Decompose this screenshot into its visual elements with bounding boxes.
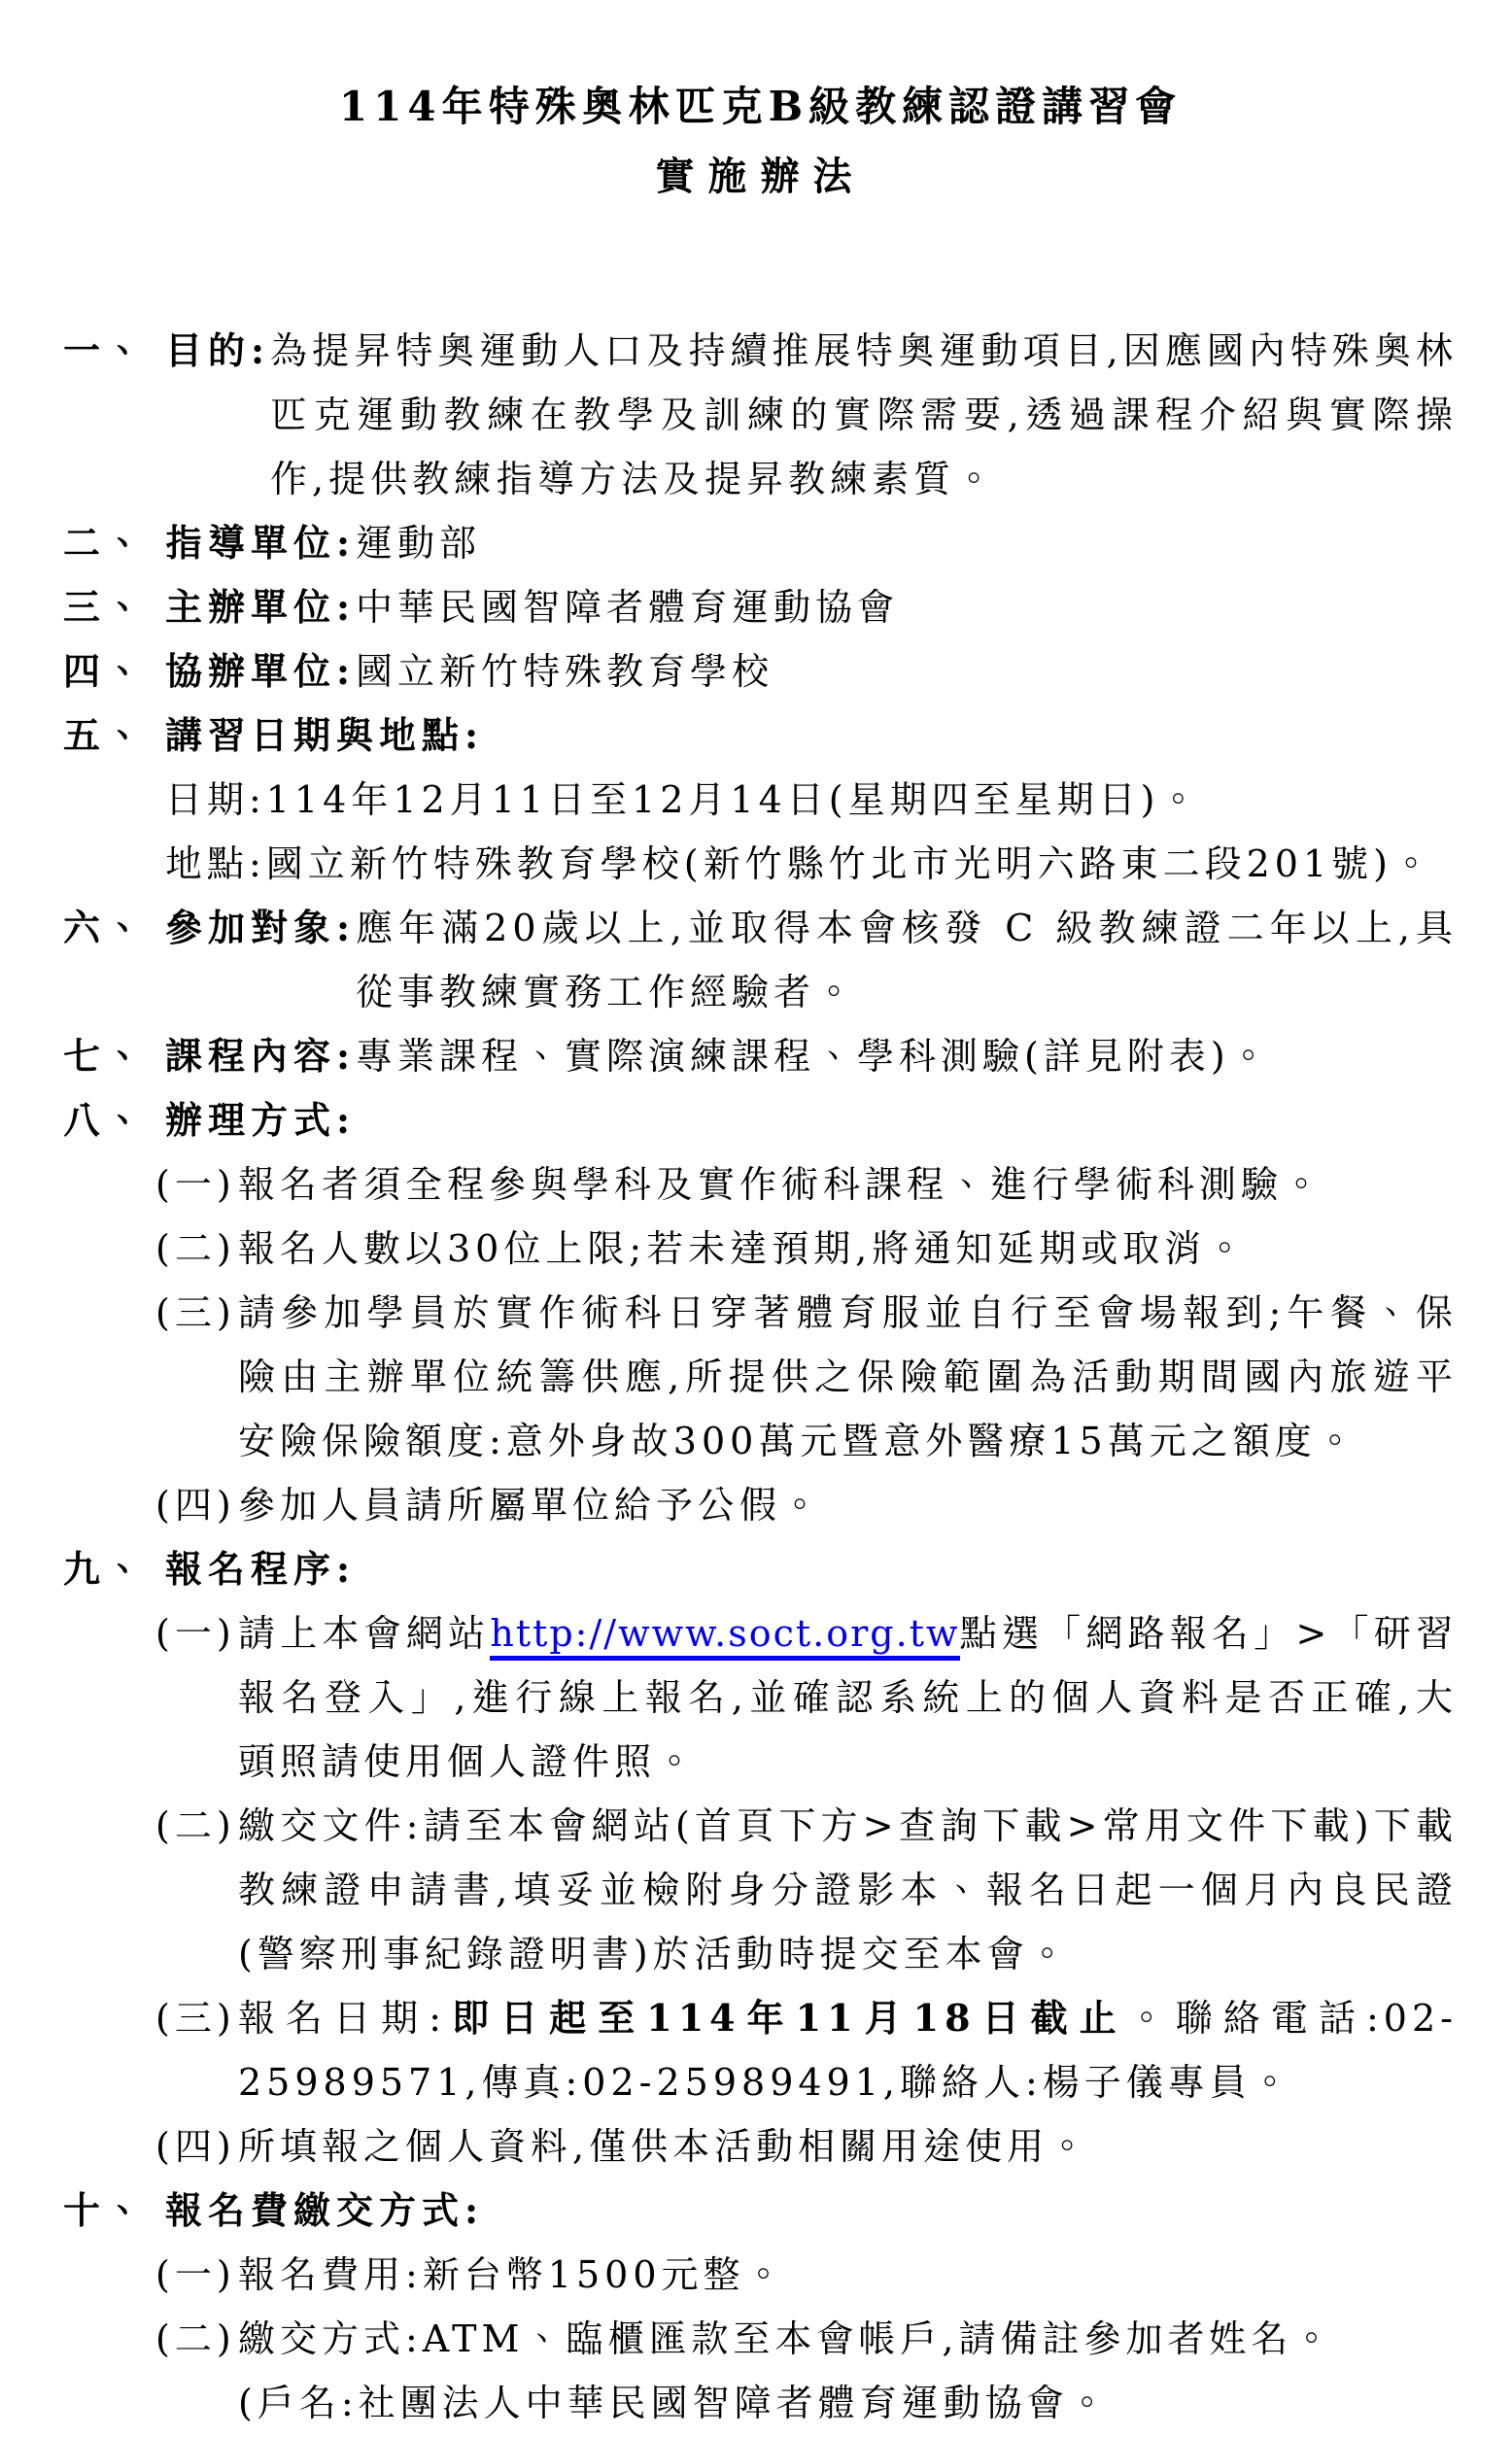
item-marker: (一) <box>155 2243 238 2307</box>
section-number: 十、 <box>63 2179 165 2243</box>
section-purpose: 一、 目的: 為提昇特奧運動人口及持續推展特奧運動項目,因應國內特殊奧林匹克運動… <box>63 319 1458 511</box>
item-text: 報名費用:新台幣1500元整。 <box>238 2243 1458 2307</box>
item-marker: (二) <box>155 1794 238 1858</box>
section-supervising-unit: 二、 指導單位: 運動部 <box>63 511 1458 575</box>
location-line: 地點:國立新竹特殊教育學校(新竹縣竹北市光明六路東二段201號)。 <box>165 832 1458 896</box>
section-number: 一、 <box>63 319 165 383</box>
list-item: (二) 繳交方式:ATM、臨櫃匯款至本會帳戶,請備註參加者姓名。 (戶名:社團法… <box>155 2307 1458 2437</box>
soct-website-link[interactable]: http://www.soct.org.tw <box>490 1612 959 1661</box>
item-text: 繳交方式:ATM、臨櫃匯款至本會帳戶,請備註參加者姓名。 (戶名:社團法人中華民… <box>238 2307 1458 2437</box>
section-text: 國立新竹特殊教育學校 <box>356 639 1458 704</box>
section-label: 協辦單位: <box>165 639 356 704</box>
section-co-organizer: 四、 協辦單位: 國立新竹特殊教育學校 <box>63 639 1458 704</box>
section-number: 三、 <box>63 575 165 639</box>
section-label: 講習日期與地點: <box>165 704 1458 768</box>
deadline-text: 即日起至114年11月18日截止 <box>446 1996 1128 2040</box>
item-text: 報名日期:即日起至114年11月18日截止。聯絡電話:02-25989571,傳… <box>238 1986 1458 2114</box>
item-marker: (三) <box>155 1281 238 1345</box>
document-subtitle: 實施辦法 <box>63 148 1458 206</box>
list-item: (三) 報名日期:即日起至114年11月18日截止。聯絡電話:02-259895… <box>155 1986 1458 2114</box>
section-date-location: 五、 講習日期與地點: 日期:114年12月11日至12月14日(星期四至星期日… <box>63 704 1458 896</box>
item-text-pre: 請上本會網站 <box>238 1612 490 1655</box>
section-label: 課程內容: <box>165 1024 356 1088</box>
item-marker: (二) <box>155 2307 238 2371</box>
item-text: 請上本會網站http://www.soct.org.tw點選「網路報名」>「研習… <box>238 1601 1458 1794</box>
section-label: 目的: <box>165 319 270 383</box>
item-marker: (三) <box>155 1986 238 2050</box>
item-text: 繳交文件:請至本會網站(首頁下方>查詢下載>常用文件下載)下載教練證申請書,填妥… <box>238 1794 1458 1986</box>
list-item: (四) 所填報之個人資料,僅供本活動相關用途使用。 <box>155 2114 1458 2179</box>
document-page: 114年特殊奧林匹克B級教練認證講習會 實施辦法 一、 目的: 為提昇特奧運動人… <box>0 0 1512 2437</box>
document-body: 一、 目的: 為提昇特奧運動人口及持續推展特奧運動項目,因應國內特殊奧林匹克運動… <box>63 319 1458 2437</box>
section-number: 八、 <box>63 1088 165 1152</box>
section-label: 報名費繳交方式: <box>165 2179 1458 2243</box>
section-procedure: 八、 辦理方式: (一) 報名者須全程參與學科及實作術科課程、進行學術科測驗。 … <box>63 1088 1458 1537</box>
section-text: 專業課程、實際演練課程、學科測驗(詳見附表)。 <box>356 1024 1458 1088</box>
section-organizer: 三、 主辦單位: 中華民國智障者體育運動協會 <box>63 575 1458 639</box>
list-item: (一) 報名費用:新台幣1500元整。 <box>155 2243 1458 2307</box>
section-label: 參加對象: <box>165 896 356 960</box>
section-fee-payment: 十、 報名費繳交方式: (一) 報名費用:新台幣1500元整。 (二) 繳交方式… <box>63 2179 1458 2437</box>
item-text: 參加人員請所屬單位給予公假。 <box>238 1473 1458 1537</box>
section-number: 九、 <box>63 1537 165 1601</box>
section-number: 二、 <box>63 511 165 575</box>
section-registration: 九、 報名程序: (一) 請上本會網站http://www.soct.org.t… <box>63 1537 1458 2179</box>
section-participants: 六、 參加對象: 應年滿20歲以上,並取得本會核發 C 級教練證二年以上,具從事… <box>63 896 1458 1024</box>
date-line: 日期:114年12月11日至12月14日(星期四至星期日)。 <box>165 768 1458 832</box>
section-label: 報名程序: <box>165 1537 1458 1601</box>
section-number: 五、 <box>63 704 165 768</box>
list-item: (三) 請參加學員於實作術科日穿著體育服並自行至會場報到;午餐、保險由主辦單位統… <box>155 1281 1458 1473</box>
section-label: 主辦單位: <box>165 575 356 639</box>
section-course-content: 七、 課程內容: 專業課程、實際演練課程、學科測驗(詳見附表)。 <box>63 1024 1458 1088</box>
section-text: 應年滿20歲以上,並取得本會核發 C 級教練證二年以上,具從事教練實務工作經驗者… <box>356 896 1458 1024</box>
item-marker: (四) <box>155 1473 238 1537</box>
list-item: (一) 請上本會網站http://www.soct.org.tw點選「網路報名」… <box>155 1601 1458 1794</box>
item-text: 請參加學員於實作術科日穿著體育服並自行至會場報到;午餐、保險由主辦單位統籌供應,… <box>238 1281 1458 1473</box>
item-text-pre: 報名日期: <box>238 1997 446 2040</box>
section-number: 四、 <box>63 639 165 704</box>
list-item: (四) 參加人員請所屬單位給予公假。 <box>155 1473 1458 1537</box>
item-marker: (四) <box>155 2114 238 2179</box>
list-item: (二) 繳交文件:請至本會網站(首頁下方>查詢下載>常用文件下載)下載教練證申請… <box>155 1794 1458 1986</box>
section-text: 為提昇特奧運動人口及持續推展特奧運動項目,因應國內特殊奧林匹克運動教練在教學及訓… <box>270 319 1458 511</box>
item-marker: (一) <box>155 1152 238 1217</box>
section-text: 運動部 <box>356 511 1458 575</box>
account-name-note: (戶名:社團法人中華民國智障者體育運動協會。 <box>238 2371 1458 2437</box>
item-text: 所填報之個人資料,僅供本活動相關用途使用。 <box>238 2114 1458 2179</box>
list-item: (一) 報名者須全程參與學科及實作術科課程、進行學術科測驗。 <box>155 1152 1458 1217</box>
section-number: 六、 <box>63 896 165 960</box>
payment-method-text: 繳交方式:ATM、臨櫃匯款至本會帳戶,請備註參加者姓名。 <box>238 2317 1335 2360</box>
list-item: (二) 報名人數以30位上限;若未達預期,將通知延期或取消。 <box>155 1217 1458 1281</box>
section-label: 辦理方式: <box>165 1088 1458 1152</box>
section-label: 指導單位: <box>165 511 356 575</box>
item-marker: (一) <box>155 1601 238 1665</box>
document-title: 114年特殊奧林匹克B級教練認證講習會 <box>63 78 1458 136</box>
section-number: 七、 <box>63 1024 165 1088</box>
item-text: 報名人數以30位上限;若未達預期,將通知延期或取消。 <box>238 1217 1458 1281</box>
section-text: 中華民國智障者體育運動協會 <box>356 575 1458 639</box>
item-marker: (二) <box>155 1217 238 1281</box>
item-text: 報名者須全程參與學科及實作術科課程、進行學術科測驗。 <box>238 1152 1458 1217</box>
